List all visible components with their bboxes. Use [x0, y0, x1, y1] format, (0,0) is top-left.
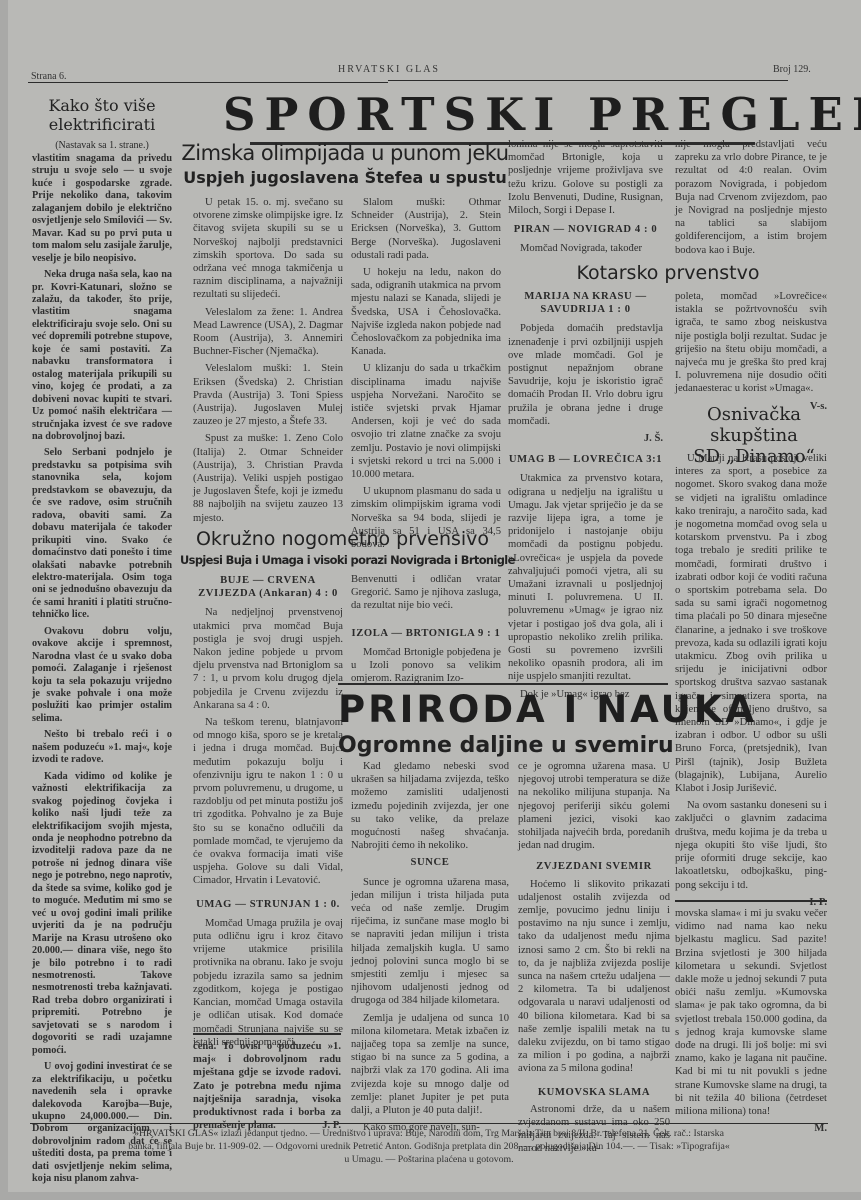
- match-izola-brtonigla: IZOLA — BRTONIGLA 9 : 1: [351, 627, 501, 640]
- match-buje-crvena-zvijezda: BUJE — CRVENA ZVIJEZDA (Ankaran) 4 : 0: [193, 574, 343, 600]
- footer-rule: [30, 1123, 828, 1124]
- electrification-article: Kako što više elektrificirati (Nastavak …: [32, 96, 172, 1190]
- okruzno-subtitle: Uspjesi Buja i Umaga i visoki porazi Nov…: [180, 553, 505, 567]
- imprint: »HRVATSKI GLAS« izlazi jedanput tjedno. …: [30, 1127, 828, 1166]
- heading-kumovska-slama: KUMOVSKA SLAMA: [518, 1086, 670, 1099]
- okruzno-col-1: BUJE — CRVENA ZVIJEZDA (Ankaran) 4 : 0 N…: [193, 568, 343, 1053]
- olympics-col-2: Slalom muški: Othmar Schneider (Austrija…: [351, 196, 501, 555]
- izola-continuation: lonima nije se mogla suprotstaviti momča…: [508, 138, 663, 260]
- heading-sunce: SUNCE: [351, 856, 509, 869]
- paragraph: Na teškom terenu, blatnjavom od mnogo ki…: [193, 716, 343, 888]
- page-number: Strana 6.: [31, 71, 67, 82]
- issue-number: Broj 129.: [773, 64, 811, 75]
- paragraph: Ovakovu dobru volju, ovakove akcije i sp…: [32, 626, 172, 726]
- paragraph: Hoćemo li slikovito prikazati udaljenost…: [518, 878, 670, 1076]
- olympics-col-1: U petak 15. o. mj. svečano su otvorene z…: [193, 196, 343, 529]
- header-rule-left: [28, 82, 388, 83]
- paragraph: Nešto bi trebalo reći i o našem poduzeću…: [32, 729, 172, 766]
- electrification-overflow: ćena. To ovisi o poduzeću »1. maj« i dob…: [193, 1040, 341, 1133]
- section-masthead: SPORTSKI PREGLED: [223, 88, 783, 141]
- overflow-rule: [193, 1033, 341, 1035]
- paragraph: Momčad Umaga pružila je ovaj puta odličn…: [193, 917, 343, 1049]
- paragraph: Na ovom sastanku doneseni su i zaključci…: [675, 799, 827, 891]
- okruzno-col-2: Benvenutti i odličan vratar Gregorić. Sa…: [351, 573, 501, 689]
- olympics-subtitle: Uspjeh jugoslavena Štefea u spustu: [180, 168, 510, 187]
- article-title: Kako što više elektrificirati: [32, 96, 172, 134]
- match-umag-strunjan: UMAG — STRUNJAN 1 : 0.: [193, 898, 343, 911]
- results-men-slalom: Slalom muški: Othmar Schneider (Austrija…: [351, 196, 501, 262]
- paragraph: U hokeju na ledu, nakon do sada, odigran…: [351, 266, 501, 358]
- newspaper-page: Strana 6. HRVATSKI GLAS Broj 129. Kako š…: [8, 0, 861, 1192]
- paragraph: Benvenutti i odličan vratar Gregorić. Sa…: [351, 573, 501, 613]
- paragraph: Momčad Novigrada, također: [508, 242, 663, 255]
- heading-zvjezdani-svemir: ZVJEZDANI SVEMIR: [518, 860, 670, 873]
- article-body: vlastitim snagama da privedu struju u sv…: [32, 153, 172, 1186]
- imprint-line: banka, filijala Buje br. 11-909-02. — Od…: [30, 1140, 828, 1153]
- results-men-giant-slalom: Veleslalom muški: 1. Stein Eriksen (Šved…: [193, 362, 343, 428]
- paragraph: U petak 15. o. mj. svečano su otvorene z…: [193, 196, 343, 302]
- paragraph: U Mariji na Krasu postoji veliki interes…: [675, 452, 827, 795]
- paragraph: Momčad Brtonigle pobjeđena je u Izoli po…: [351, 646, 501, 686]
- dinamo-end-rule: [675, 900, 827, 902]
- paragraph: Sunce je ogromna užarena masa, jedan mil…: [351, 876, 509, 1008]
- imprint-line: u Umagu. — Poštarina plaćena u gotovom.: [30, 1153, 828, 1166]
- kotarsko-col-1: MARIJA NA KRASU — SAVUDRIJA 1 : 0 Pobjed…: [508, 290, 663, 705]
- okruzno-title: Okružno nogometno prvensivo: [180, 528, 505, 550]
- paragraph: Kad gledamo nebeski svod ukrašen sa hilj…: [351, 760, 509, 852]
- priroda-col-1: Kad gledamo nebeski svod ukrašen sa hilj…: [351, 760, 509, 1138]
- priroda-section-title: PRIRODA I NAUKA: [338, 688, 668, 731]
- paragraph: movska slama« i mi ju svaku večer vidimo…: [675, 907, 827, 1118]
- signature: J. Š.: [508, 432, 663, 445]
- priroda-top-rule: [338, 683, 668, 685]
- kotarsko-title: Kotarsko prvenstvo: [508, 262, 828, 284]
- paragraph: Neka druga naša sela, kao na pr. Kovri-K…: [32, 269, 172, 443]
- priroda-article-title: Ogromne daljine u svemiru: [338, 733, 668, 758]
- results-men-downhill: Spust za muške: 1. Zeno Colo (Italija) 2…: [193, 432, 343, 524]
- paragraph: Kada vidimo od kolike je važnosti elektr…: [32, 771, 172, 1057]
- kotarsko-col-2: poleta, momčad »Lovrečice« istakla se po…: [675, 290, 827, 413]
- paragraph: Selo Serbani podnjelo je predstavku sa p…: [32, 447, 172, 621]
- match-marija-savudrija: MARIJA NA KRASU — SAVUDRIJA 1 : 0: [508, 290, 663, 316]
- olympics-title: Zimska olimpijada u punom jeku: [180, 141, 510, 165]
- match-piran-novigrad: PIRAN — NOVIGRAD 4 : 0: [508, 223, 663, 236]
- priroda-col-2: ce je ogromna užarena masa. U njegovoj u…: [518, 760, 670, 1160]
- priroda-col-3: movska slama« i mi ju svaku večer vidimo…: [675, 907, 827, 1135]
- continuation-note: (Nastavak sa 1. strane.): [32, 140, 172, 151]
- paragraph: U klizanju do sada u trkačkim disciplina…: [351, 362, 501, 481]
- newspaper-name: HRVATSKI GLAS: [338, 64, 440, 75]
- dinamo-title-line-1: Osnivačka skupština: [675, 404, 833, 446]
- paragraph: Na nedjeljnoj prvenstvenoj utakmici prva…: [193, 606, 343, 712]
- dinamo-body: U Mariji na Krasu postoji veliki interes…: [675, 452, 827, 909]
- paragraph: Pobjeda domaćih predstavlja iznenađenje …: [508, 322, 663, 428]
- paragraph: lonima nije se mogla suprotstaviti momča…: [508, 138, 663, 217]
- paragraph: vlastitim snagama da privedu struju u sv…: [32, 153, 172, 265]
- paragraph: nije mogla predstavljati veću zapreku za…: [675, 138, 827, 257]
- match-umag-lovrecica: UMAG B — LOVREČICA 3:1: [508, 453, 663, 466]
- paragraph: ćena. To ovisi o poduzeću »1. maj« i dob…: [193, 1040, 341, 1132]
- header-rule-right: [388, 80, 788, 81]
- paragraph: Zemlja je udaljena od sunca 10 milona ki…: [351, 1012, 509, 1118]
- results-women-giant-slalom: Veleslalom za žene: 1. Andrea Mead Lawre…: [193, 306, 343, 359]
- paragraph: ce je ogromna užarena masa. U njegovoj u…: [518, 760, 670, 852]
- imprint-line: »HRVATSKI GLAS« izlazi jedanput tjedno. …: [30, 1127, 828, 1140]
- piran-continuation: nije mogla predstavljati veću zapreku za…: [675, 138, 827, 261]
- paragraph: Utakmica za prvenstvo kotara, odigrana u…: [508, 472, 663, 683]
- paragraph: poleta, momčad »Lovrečice« istakla se po…: [675, 290, 827, 396]
